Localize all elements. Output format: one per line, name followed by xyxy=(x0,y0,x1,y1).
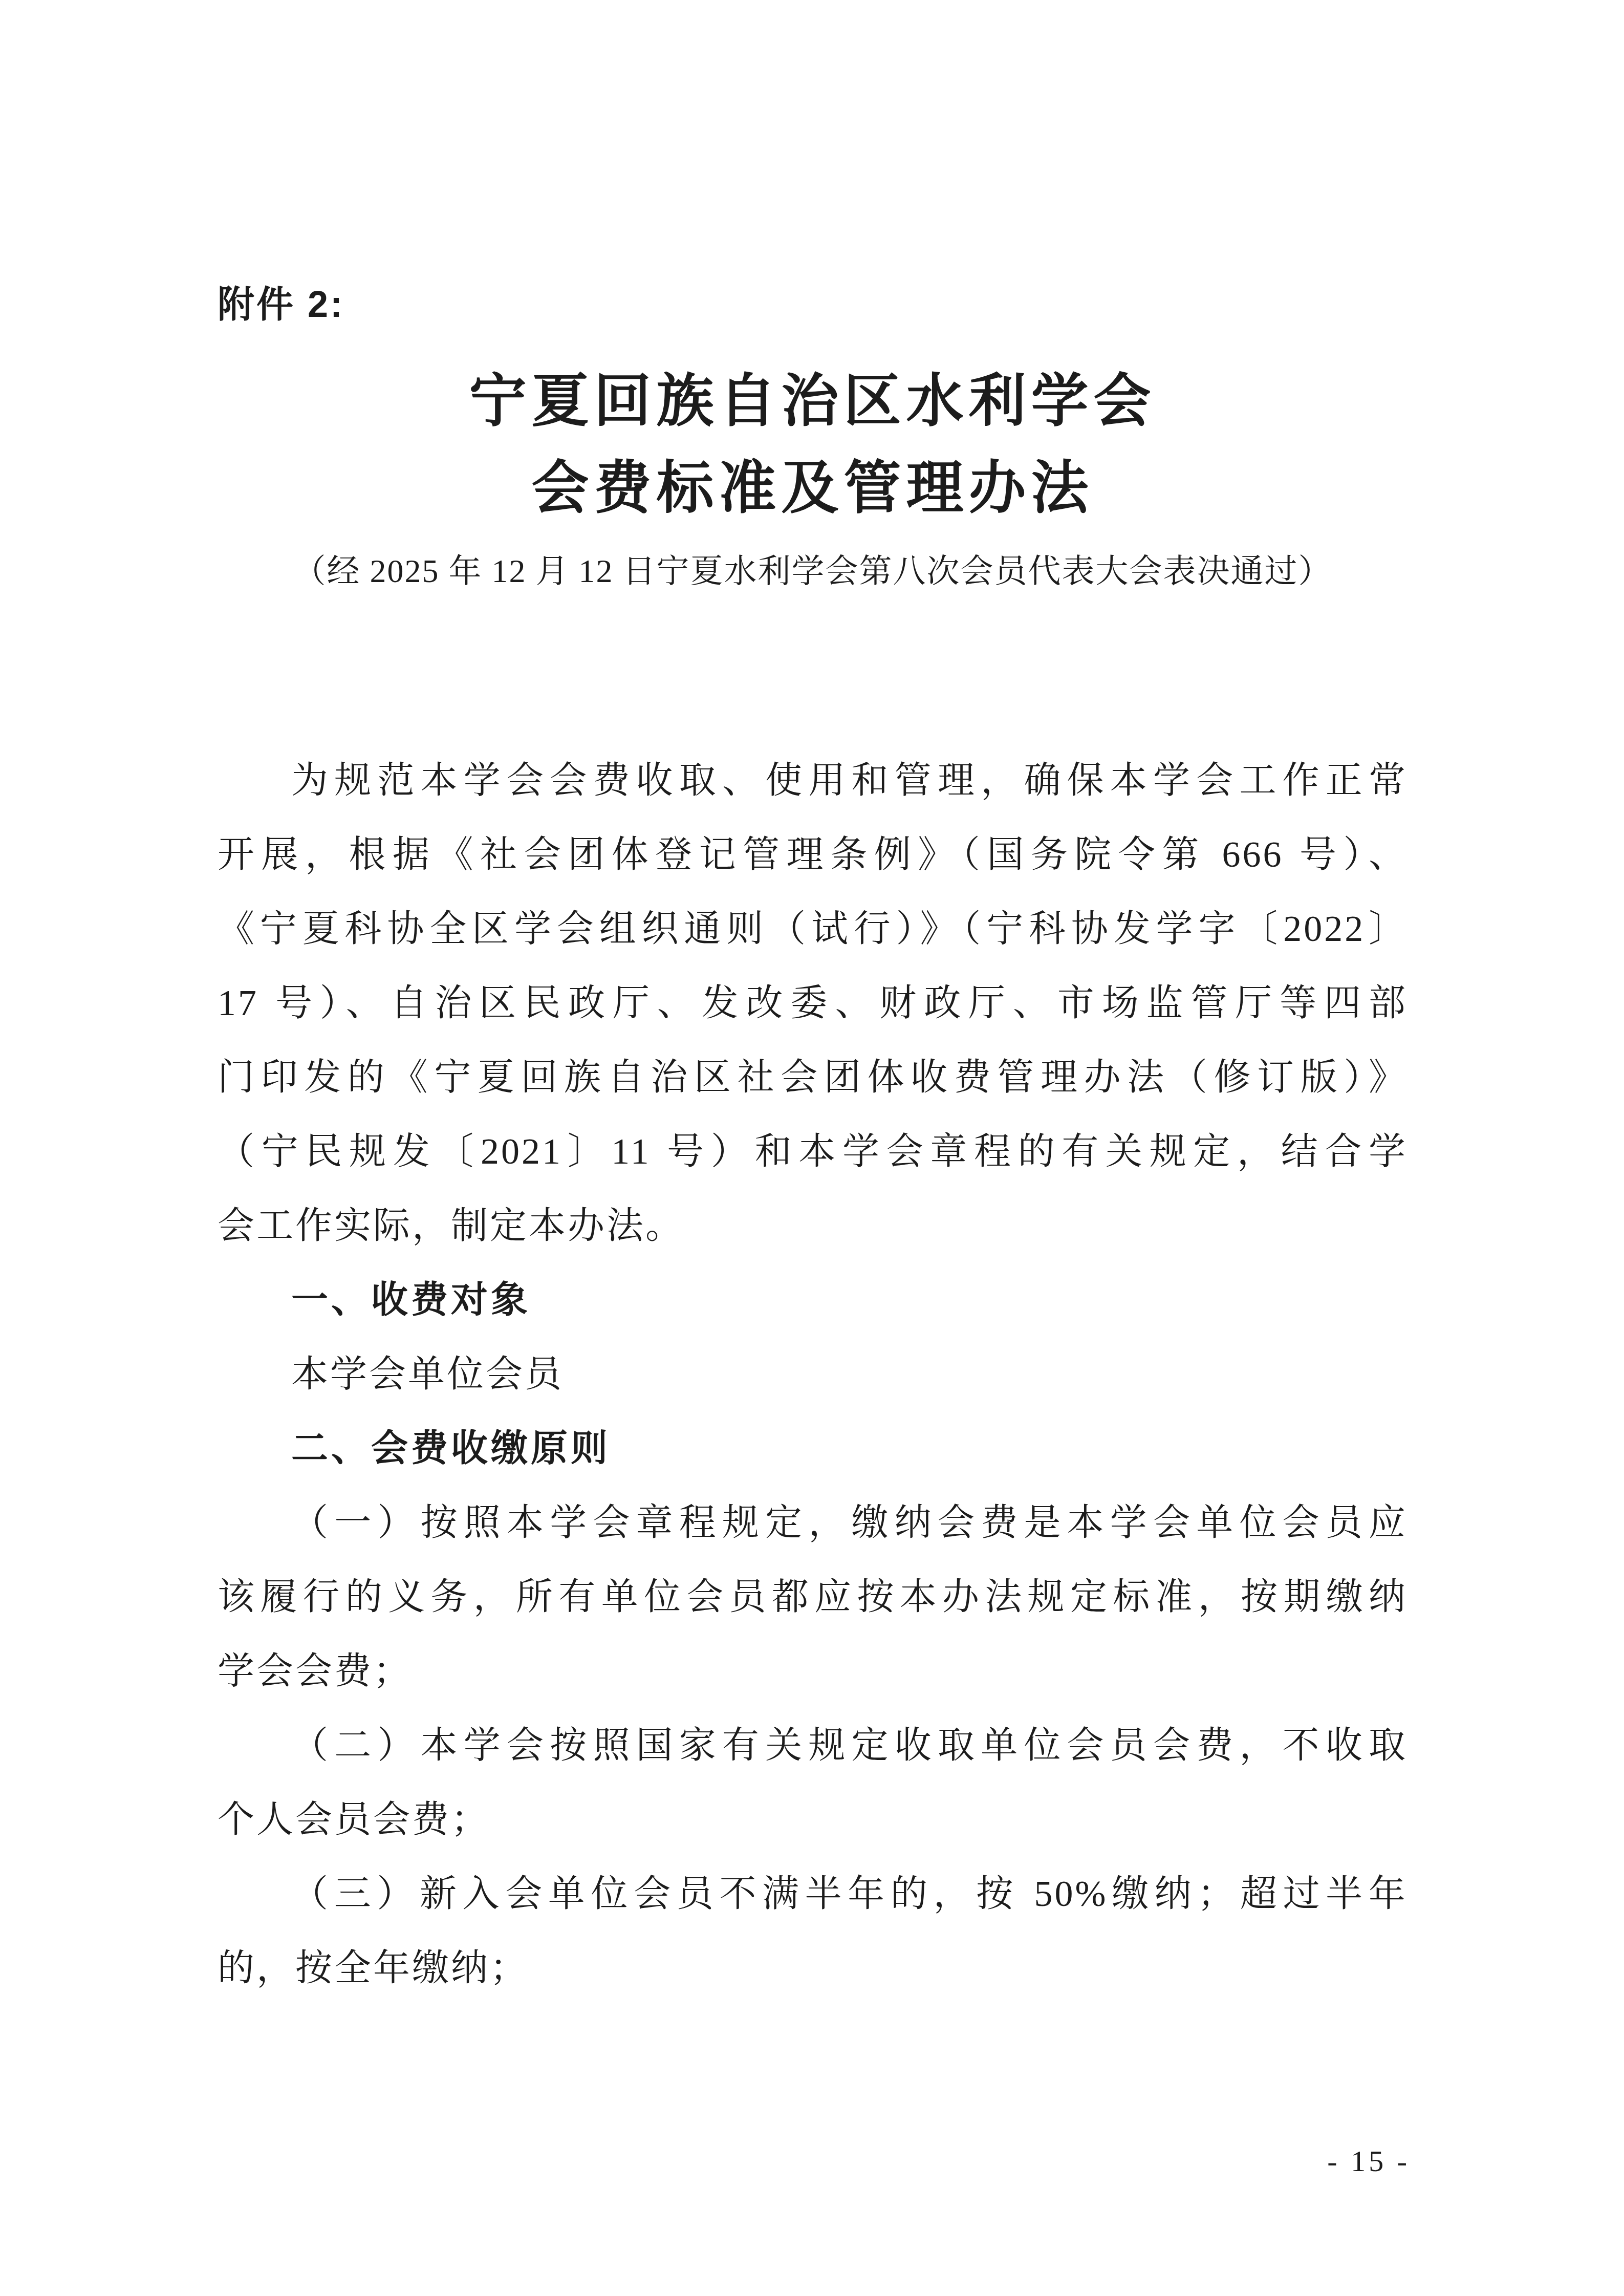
body-line: 门印发的《宁夏回族自治区社会团体收费管理办法（修订版）》 xyxy=(218,1040,1408,1114)
body-line: 17 号）、自治区民政厅、发改委、财政厅、市场监管厅等四部 xyxy=(218,966,1408,1040)
document-page: 附件 2: 宁夏回族自治区水利学会 会费标准及管理办法 （经 2025 年 12… xyxy=(0,0,1624,2296)
body-line: 学会会费； xyxy=(218,1634,1408,1708)
body-line: 的，按全年缴纳； xyxy=(218,1931,1408,2005)
section-heading-1: 一、收费对象 xyxy=(218,1263,1408,1337)
document-title-line-1: 宁夏回族自治区水利学会 xyxy=(218,358,1408,445)
body-line: （一）按照本学会章程规定，缴纳会费是本学会单位会员应 xyxy=(218,1486,1408,1560)
body-line: 会工作实际，制定本办法。 xyxy=(218,1189,1408,1263)
body-line: （三）新入会单位会员不满半年的，按 50%缴纳；超过半年 xyxy=(218,1857,1408,1931)
body-line: 个人会员会费； xyxy=(218,1783,1408,1857)
document-title: 宁夏回族自治区水利学会 会费标准及管理办法 xyxy=(218,358,1408,532)
attachment-label: 附件 2: xyxy=(218,279,1408,330)
document-subtitle: （经 2025 年 12 月 12 日宁夏水利学会第八次会员代表大会表决通过） xyxy=(218,548,1408,595)
document-title-line-2: 会费标准及管理办法 xyxy=(218,445,1408,532)
body-line: 该履行的义务，所有单位会员都应按本办法规定标准，按期缴纳 xyxy=(218,1560,1408,1634)
body-line: 为规范本学会会费收取、使用和管理，确保本学会工作正常 xyxy=(218,743,1408,818)
section-heading-2: 二、会费收缴原则 xyxy=(218,1411,1408,1486)
body-line: 开展，根据《社会团体登记管理条例》（国务院令第 666 号）、 xyxy=(218,818,1408,892)
body-line: 本学会单位会员 xyxy=(218,1337,1408,1411)
body-line: 《宁夏科协全区学会组织通则（试行）》（宁科协发学字〔2022〕 xyxy=(218,892,1408,966)
body-line: （二）本学会按照国家有关规定收取单位会员会费，不收取 xyxy=(218,1708,1408,1783)
page-number: - 15 - xyxy=(1327,2144,1410,2178)
body-line: （宁民规发〔2021〕11 号）和本学会章程的有关规定，结合学 xyxy=(218,1114,1408,1189)
document-body: 为规范本学会会费收取、使用和管理，确保本学会工作正常 开展，根据《社会团体登记管… xyxy=(218,743,1408,2005)
